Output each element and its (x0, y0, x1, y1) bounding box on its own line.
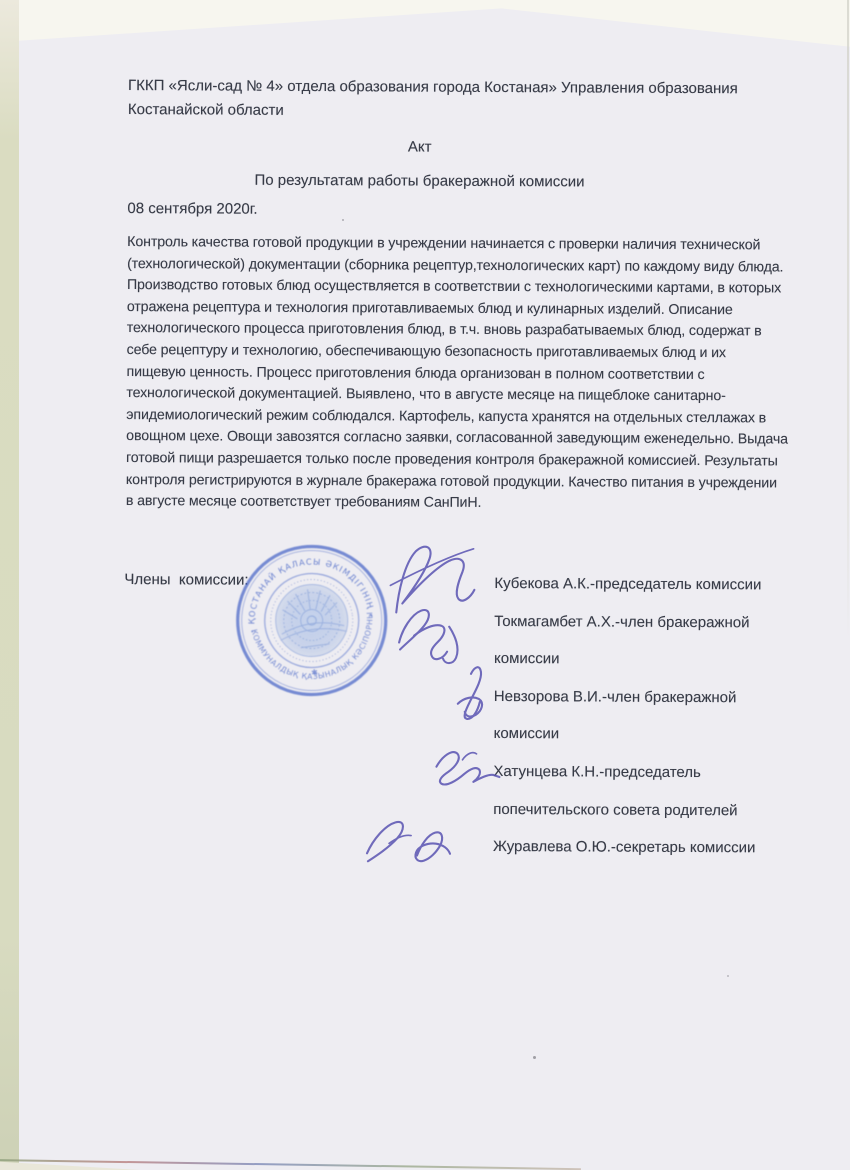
commission-members-label: Члены комиссии: (124, 571, 248, 589)
seal-stamp-icon: ҚОСТАНАЙ ҚАЛАСЫ ӘКІМДІГІНІҢ КОММУНАЛДЫҚ … (233, 542, 391, 700)
signature-tokmagambet (399, 610, 458, 663)
document-header: ГККП «Ясли-сад № 4» отдела образования г… (128, 74, 776, 125)
member-line-zhuravleva: Журавлева О.Ю.-секретарь комиссии (493, 828, 823, 867)
member-line-nevzorova: Невзорова В.И.-член бракеражной (494, 678, 824, 717)
document-subtitle: По результатам работы бракеражной комисс… (127, 171, 711, 191)
document-title: Акт (128, 137, 712, 157)
document-content: ГККП «Ясли-сад № 4» отдела образования г… (0, 0, 850, 1170)
member-line-tokmagambet-cont: комиссии (494, 640, 824, 679)
signature-nevzorova (458, 667, 483, 719)
signature-kubekova (390, 547, 474, 613)
commission-member-list: Кубекова А.К.-председатель комиссии Токм… (493, 565, 825, 867)
member-line-khatuntseva-cont: попечительского совета родителей (493, 791, 823, 830)
document-date: 08 сентября 2020г. (127, 200, 257, 218)
svg-text:•: • (250, 628, 255, 636)
member-line-tokmagambet: Токмагамбет А.Х.-член бракеражной (494, 603, 824, 642)
signature-khatuntseva (436, 752, 499, 785)
scanned-document-page: ГККП «Ясли-сад № 4» отдела образования г… (0, 0, 850, 1170)
signature-zhuravleva (367, 822, 450, 862)
round-seal-stamp: ҚОСТАНАЙ ҚАЛАСЫ ӘКІМДІГІНІҢ КОММУНАЛДЫҚ … (233, 542, 391, 700)
member-line-nevzorova-cont: комиссии (494, 715, 824, 754)
svg-text:✱: ✱ (311, 668, 319, 678)
member-line-kubekova: Кубекова А.К.-председатель комиссии (494, 565, 824, 604)
member-line-khatuntseva: Хатунцева К.Н.-председатель (493, 753, 823, 792)
document-body-paragraph: Контроль качества готовой продукции в уч… (126, 232, 789, 516)
